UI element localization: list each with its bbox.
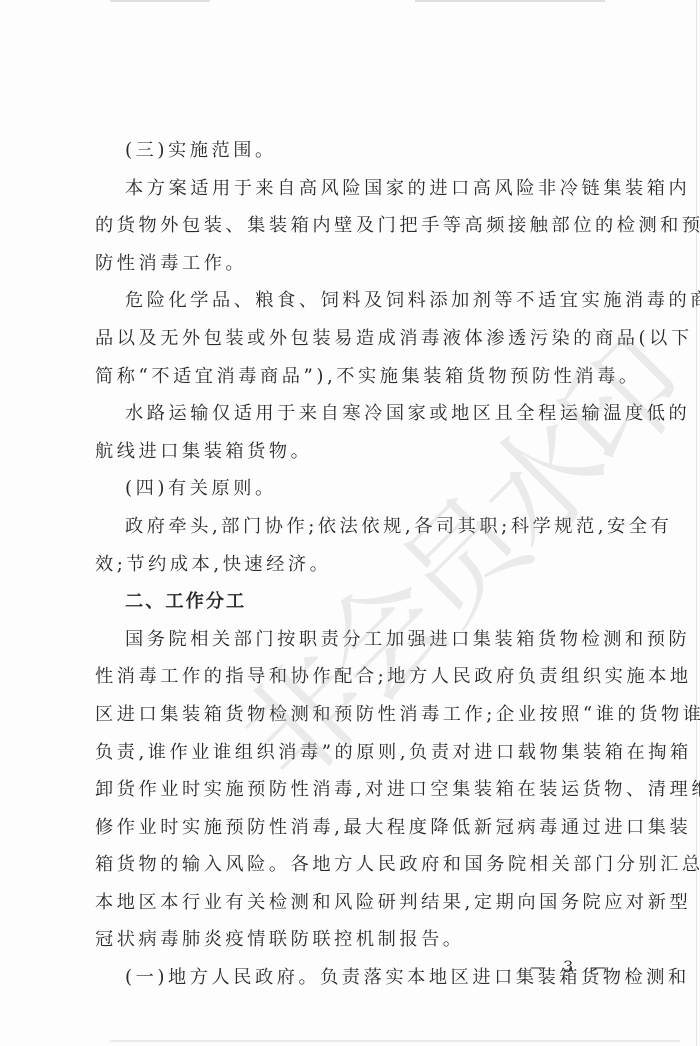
paragraph: 危险化学品、粮食、饲料及饲料添加剂等不适宜实施消毒的商品以及无外包装或外包装易造… xyxy=(95,282,610,395)
section-heading: 二、工作分工 xyxy=(95,583,610,621)
document-body: (三)实施范围。本方案适用于来自高风险国家的进口高风险非冷链集装箱内的货物外包装… xyxy=(95,132,610,997)
scan-artifact xyxy=(110,1040,680,1042)
text-line: 区进口集装箱货物检测和预防性消毒工作;企业按照“谁的货物谁 xyxy=(95,696,610,734)
page-number: — 3 — xyxy=(530,957,612,976)
paragraph: 政府牵头,部门协作;依法依规,各司其职;科学规范,安全有效;节约成本,快速经济。 xyxy=(95,508,610,583)
text-line: 本地区本行业有关检测和风险研判结果,定期向国务院应对新型 xyxy=(95,884,610,922)
text-line: 国务院相关部门按职责分工加强进口集装箱货物检测和预防 xyxy=(95,621,610,659)
text-line: 航线进口集装箱货物。 xyxy=(95,433,610,471)
text-line: 效;节约成本,快速经济。 xyxy=(95,546,610,584)
subsection-heading: (四)有关原则。 xyxy=(95,470,610,508)
text-line: 简称“不适宜消毒商品”),不实施集装箱货物预防性消毒。 xyxy=(95,358,610,396)
text-line: (三)实施范围。 xyxy=(95,132,610,170)
text-line: 二、工作分工 xyxy=(95,583,610,621)
paragraph: 国务院相关部门按职责分工加强进口集装箱货物检测和预防性消毒工作的指导和协作配合;… xyxy=(95,621,610,959)
page-edge xyxy=(696,0,697,1046)
paragraph: 本方案适用于来自高风险国家的进口高风险非冷链集装箱内的货物外包装、集装箱内壁及门… xyxy=(95,170,610,283)
scan-artifact xyxy=(110,0,210,2)
text-line: (四)有关原则。 xyxy=(95,470,610,508)
text-line: 本方案适用于来自高风险国家的进口高风险非冷链集装箱内 xyxy=(95,170,610,208)
text-line: 政府牵头,部门协作;依法依规,各司其职;科学规范,安全有 xyxy=(95,508,610,546)
text-line: 冠状病毒肺炎疫情联防联控机制报告。 xyxy=(95,921,610,959)
text-line: 卸货作业时实施预防性消毒,对进口空集装箱在装运货物、清理维 xyxy=(95,771,610,809)
text-line: 性消毒工作的指导和协作配合;地方人民政府负责组织实施本地 xyxy=(95,658,610,696)
text-line: 的货物外包装、集装箱内壁及门把手等高频接触部位的检测和预 xyxy=(95,207,610,245)
text-line: 水路运输仅适用于来自寒冷国家或地区且全程运输温度低的 xyxy=(95,395,610,433)
text-line: 危险化学品、粮食、饲料及饲料添加剂等不适宜实施消毒的商 xyxy=(95,282,610,320)
subsection-heading: (三)实施范围。 xyxy=(95,132,610,170)
text-line: 防性消毒工作。 xyxy=(95,245,610,283)
text-line: 品以及无外包装或外包装易造成消毒液体渗透污染的商品(以下 xyxy=(95,320,610,358)
paragraph: 水路运输仅适用于来自寒冷国家或地区且全程运输温度低的航线进口集装箱货物。 xyxy=(95,395,610,470)
text-line: 箱货物的输入风险。各地方人民政府和国务院相关部门分别汇总 xyxy=(95,846,610,884)
text-line: 负责,谁作业谁组织消毒”的原则,负责对进口载物集装箱在掏箱 xyxy=(95,734,610,772)
text-line: 修作业时实施预防性消毒,最大程度降低新冠病毒通过进口集装 xyxy=(95,809,610,847)
document-page: (三)实施范围。本方案适用于来自高风险国家的进口高风险非冷链集装箱内的货物外包装… xyxy=(0,0,700,1046)
scan-artifact xyxy=(415,0,605,2)
